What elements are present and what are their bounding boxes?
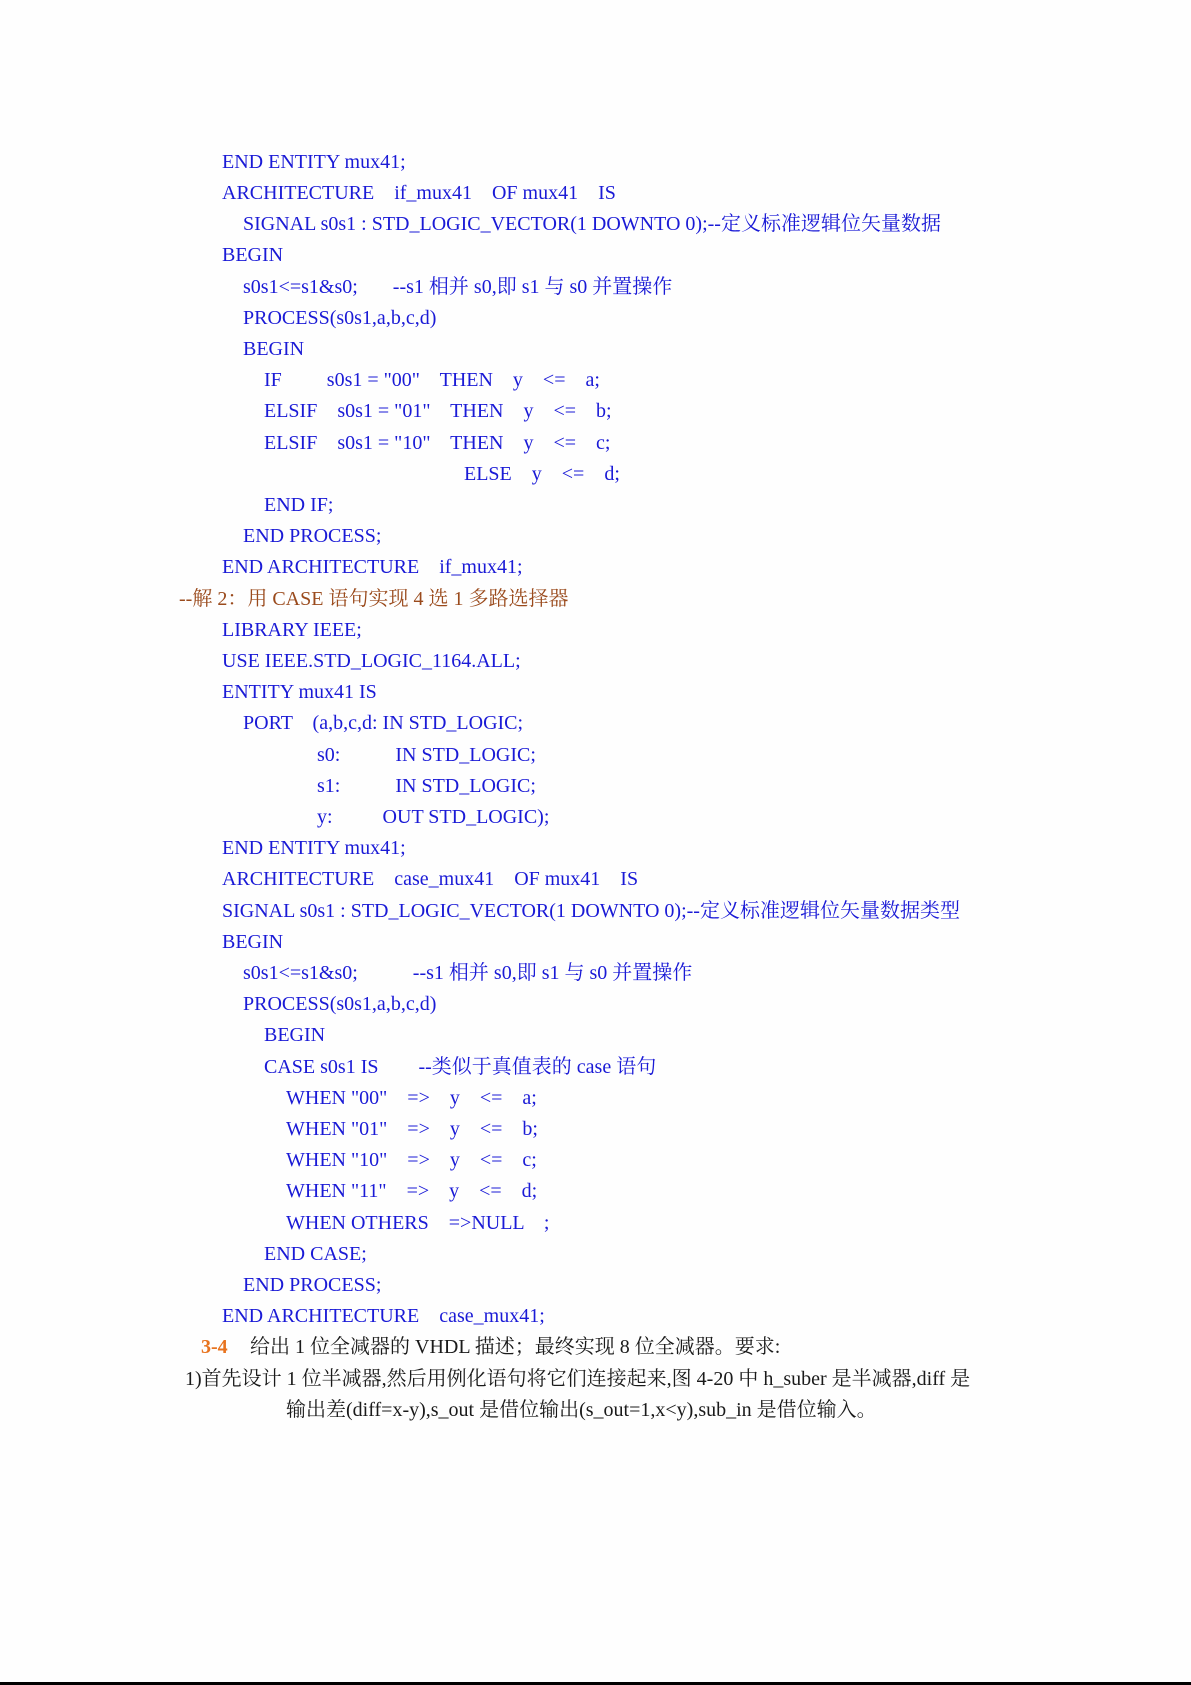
code-line: BEGIN <box>222 930 283 954</box>
code-line: ARCHITECTURE case_mux41 OF mux41 IS <box>222 867 638 891</box>
code-line: ELSIF s0s1 = "01" THEN y <= b; <box>264 399 612 423</box>
code-line: PROCESS(s0s1,a,b,c,d) <box>243 306 436 330</box>
code-line: ENTITY mux41 IS <box>222 680 377 704</box>
code-line: IF s0s1 = "00" THEN y <= a; <box>264 368 600 392</box>
code-line: WHEN OTHERS =>NULL ; <box>286 1211 549 1235</box>
code-line: s1: IN STD_LOGIC; <box>317 774 536 798</box>
code-line: ELSIF s0s1 = "10" THEN y <= c; <box>264 431 610 455</box>
code-line: WHEN "01" => y <= b; <box>286 1117 538 1141</box>
code-line: WHEN "00" => y <= a; <box>286 1086 537 1110</box>
code-line: USE IEEE.STD_LOGIC_1164.ALL; <box>222 649 521 673</box>
code-line: PORT (a,b,c,d: IN STD_LOGIC; <box>243 711 523 735</box>
code-line: BEGIN <box>264 1023 325 1047</box>
code-line: LIBRARY IEEE; <box>222 618 362 642</box>
code-line: BEGIN <box>243 337 304 361</box>
exercise-requirement-line: 1)首先设计 1 位半减器,然后用例化语句将它们连接起来,图 4-20 中 h_… <box>185 1367 970 1391</box>
code-line: WHEN "10" => y <= c; <box>286 1148 537 1172</box>
exercise-title: 给出 1 位全减器的 VHDL 描述；最终实现 8 位全减器。要求: <box>250 1335 780 1359</box>
code-line: END ENTITY mux41; <box>222 150 406 174</box>
code-line: END PROCESS; <box>243 1273 381 1297</box>
code-line: PROCESS(s0s1,a,b,c,d) <box>243 992 436 1016</box>
code-line: ARCHITECTURE if_mux41 OF mux41 IS <box>222 181 616 205</box>
code-line: CASE s0s1 IS --类似于真值表的 case 语句 <box>264 1055 656 1079</box>
document-page: END ENTITY mux41; ARCHITECTURE if_mux41 … <box>0 0 1191 1685</box>
code-line: END CASE; <box>264 1242 367 1266</box>
code-line: END ARCHITECTURE case_mux41; <box>222 1304 545 1328</box>
code-line: END IF; <box>264 493 333 517</box>
code-line: s0: IN STD_LOGIC; <box>317 743 536 767</box>
code-line: END ENTITY mux41; <box>222 836 406 860</box>
code-line: SIGNAL s0s1 : STD_LOGIC_VECTOR(1 DOWNTO … <box>243 212 941 236</box>
code-line: WHEN "11" => y <= d; <box>286 1179 537 1203</box>
code-line: y: OUT STD_LOGIC); <box>317 805 549 829</box>
code-line: ELSE y <= d; <box>464 462 620 486</box>
code-line: BEGIN <box>222 243 283 267</box>
exercise-number: 3-4 <box>201 1335 228 1359</box>
code-line: END PROCESS; <box>243 524 381 548</box>
code-line: s0s1<=s1&s0; --s1 相并 s0,即 s1 与 s0 并置操作 <box>243 961 692 985</box>
code-line: s0s1<=s1&s0; --s1 相并 s0,即 s1 与 s0 并置操作 <box>243 275 672 299</box>
code-line: END ARCHITECTURE if_mux41; <box>222 555 523 579</box>
code-line: SIGNAL s0s1 : STD_LOGIC_VECTOR(1 DOWNTO … <box>222 899 960 923</box>
exercise-requirement-line: 输出差(diff=x-y),s_out 是借位输出(s_out=1,x<y),s… <box>286 1398 877 1422</box>
solution-2-heading: --解 2：用 CASE 语句实现 4 选 1 多路选择器 <box>179 587 568 611</box>
